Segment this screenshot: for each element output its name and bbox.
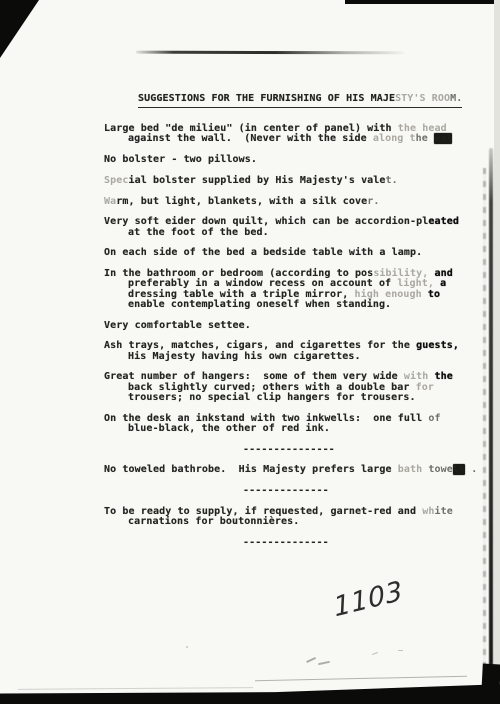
document-line: Very comfortable settee.: [104, 321, 489, 331]
scanned-document-page: SUGGESTIONS FOR THE FURNISHING OF HIS MA…: [0, 0, 500, 704]
document-paragraph: Very comfortable settee.: [104, 321, 489, 331]
text-segment: along t: [373, 133, 416, 144]
text-segment: to: [428, 289, 440, 300]
text-segment: guests,: [416, 340, 459, 351]
document-line: His Majesty having his own cigarettes.: [104, 352, 489, 362]
text-segment: trousers; no special clip hangers for tr…: [128, 392, 416, 403]
document-line: carnations for boutonnières.: [104, 517, 489, 527]
text-segment: .: [465, 464, 477, 475]
text-segment: he: [416, 133, 434, 144]
text-segment: Very comfortable settee.: [104, 320, 251, 331]
scan-bottom-faint-line: [255, 676, 467, 681]
document-line: No toweled bathrobe. His Majesty prefers…: [104, 465, 489, 475]
text-segment: towe: [428, 464, 452, 475]
text-segment: STY'S ROO: [395, 93, 450, 104]
document-line: No bolster - two pillows.: [104, 155, 489, 165]
pencil-mark: [306, 657, 316, 663]
document-line: against the wall. (Never with the side a…: [104, 134, 489, 144]
document-paragraph: On each side of the bed a bedside table …: [104, 248, 489, 258]
pencil-mark: [318, 661, 330, 665]
document-paragraph: Large bed "de milieu" (in center of pane…: [104, 124, 489, 144]
document-line: blue-black, the other of red ink.: [104, 424, 489, 434]
text-segment: Wa: [104, 196, 116, 207]
text-segment: ite: [435, 506, 453, 517]
text-segment: ial bolster supplied by His Majesty's va…: [128, 175, 385, 186]
pencil-mark: [398, 650, 403, 651]
document-paragraph: On the desk an inkstand with two inkwell…: [104, 414, 489, 434]
text-segment: light,: [397, 278, 434, 289]
text-segment: enable contemplating oneself when standi…: [128, 299, 391, 310]
document-paragraph: In the bathroom or bedroom (according to…: [104, 269, 489, 310]
scan-bottom-band: [0, 682, 500, 704]
text-segment: of: [428, 413, 440, 424]
text-segment: eated: [428, 216, 459, 227]
scan-right-streak: [489, 148, 493, 690]
separator-dashes: --------------: [243, 486, 489, 496]
text-segment: the: [435, 371, 453, 382]
text-segment: No toweled bathrobe. His Majesty prefers…: [104, 464, 398, 475]
text-segment: His Majesty having his own cigarettes.: [128, 351, 361, 362]
text-segment: r.: [367, 196, 379, 207]
document-line: enable contemplating oneself when standi…: [104, 300, 489, 310]
text-segment: ls: [453, 464, 465, 475]
document-paragraph: Special bolster supplied by His Majesty'…: [104, 176, 489, 186]
text-segment: carnations for boutonnières.: [128, 516, 299, 527]
document-line: Warm, but light, blankets, with a silk c…: [104, 197, 489, 207]
text-segment: with: [404, 371, 428, 382]
scan-horizontal-line: [136, 51, 404, 54]
text-segment: against the wall. (Never with the side: [128, 133, 373, 144]
document-line: On each side of the bed a bedside table …: [104, 248, 489, 258]
handwritten-number: 1103: [332, 576, 405, 624]
scan-corner-fold: [0, 0, 39, 58]
scan-top-edge-bar: [345, 0, 500, 4]
pencil-mark: [186, 646, 188, 648]
document-text: Large bed "de milieu" (in center of pane…: [104, 124, 489, 559]
scan-right-edge: [494, 0, 500, 704]
text-segment: rm, but light, blankets, with a silk cov…: [116, 196, 367, 207]
document-paragraph: No toweled bathrobe. His Majesty prefers…: [104, 465, 489, 475]
document-paragraph: No bolster - two pillows.: [104, 155, 489, 165]
document-paragraph: Very soft eider down quilt, which can be…: [104, 217, 489, 237]
scan-bottom-faint-line: [18, 687, 253, 690]
text-segment: wal: [434, 133, 452, 144]
text-segment: Spec: [104, 175, 128, 186]
text-segment: blue-black, the other of red ink.: [128, 423, 330, 434]
page-title: SUGGESTIONS FOR THE FURNISHING OF HIS MA…: [138, 93, 462, 108]
text-segment: wh: [422, 506, 434, 517]
text-segment: at the foot of the bed.: [128, 227, 269, 238]
document-paragraph: Warm, but light, blankets, with a silk c…: [104, 197, 489, 207]
text-segment: bath: [398, 464, 429, 475]
document-paragraph: To be ready to supply, if requested, gar…: [104, 507, 489, 527]
text-segment: On each side of the bed a bedside table …: [104, 247, 422, 258]
separator-dashes: --------------: [243, 538, 489, 548]
text-segment: t.: [386, 175, 398, 186]
text-segment: for: [416, 382, 434, 393]
document-line: trousers; no special clip hangers for tr…: [104, 393, 489, 403]
document-line: at the foot of the bed.: [104, 228, 489, 238]
document-paragraph: Great number of hangers: some of them ve…: [104, 372, 489, 403]
pencil-mark: [372, 652, 378, 655]
text-segment: M.: [450, 93, 462, 104]
text-segment: No bolster - two pillows.: [104, 154, 257, 165]
separator-dashes: ---------------: [243, 445, 489, 455]
text-segment: high enough: [354, 289, 427, 300]
text-segment: SUGGESTIONS FOR THE FURNISHING OF HIS MA…: [138, 93, 395, 104]
document-line: Special bolster supplied by His Majesty'…: [104, 176, 489, 186]
document-paragraph: Ash trays, matches, cigars, and cigarett…: [104, 341, 489, 361]
